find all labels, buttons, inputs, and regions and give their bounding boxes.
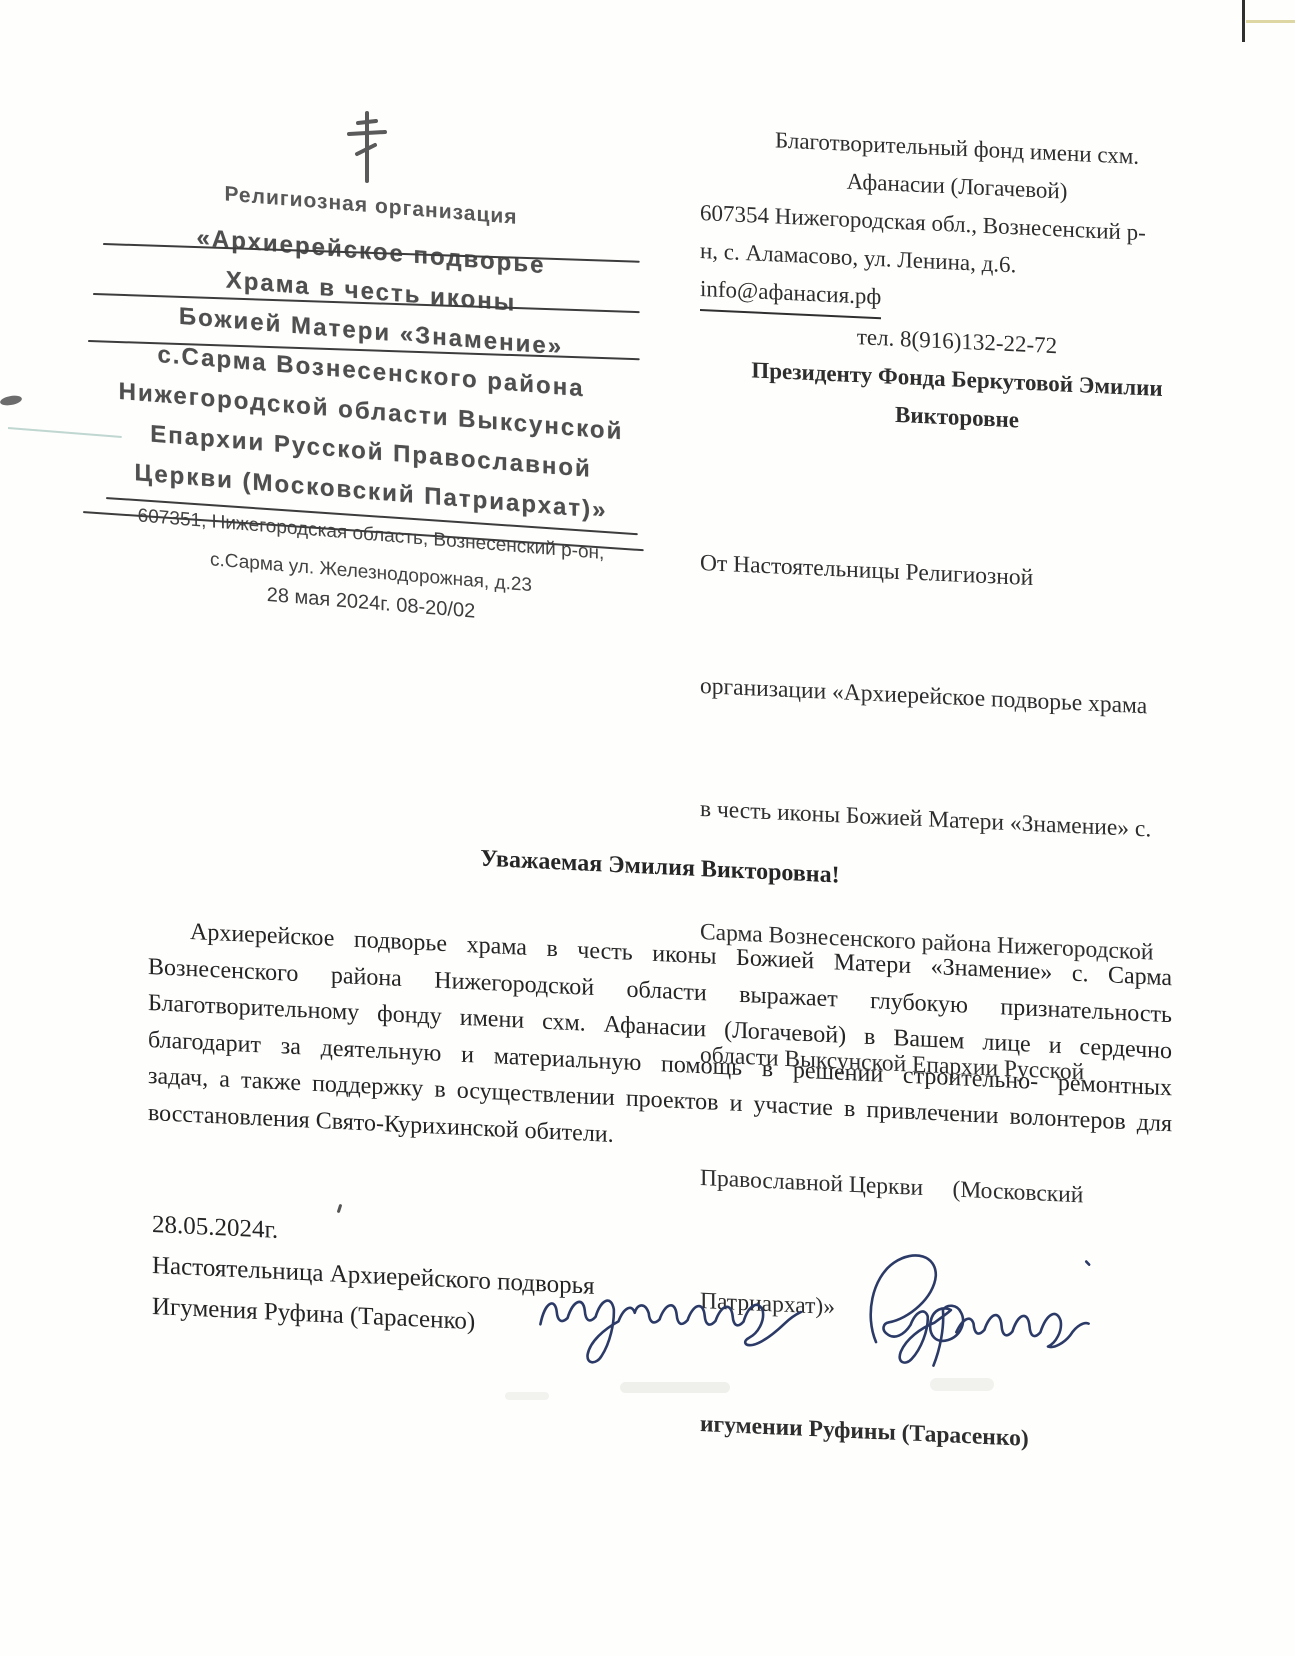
sender-line: От Настоятельницы Религиозной bbox=[700, 543, 1214, 607]
sender-line: в честь иконы Божией Матери «Знамение» с… bbox=[700, 789, 1214, 853]
signature-word-rufina-end bbox=[956, 1311, 1089, 1348]
scan-artifact-noise bbox=[505, 1392, 549, 1400]
orthodox-cross-icon bbox=[343, 110, 391, 184]
sender-line: организации «Архиерейское подворье храма bbox=[700, 666, 1214, 730]
scan-artifact-edge-smudge bbox=[0, 394, 23, 407]
signature-word-rufina bbox=[869, 1254, 964, 1366]
signature-ink-dot bbox=[1086, 1262, 1089, 1265]
scan-artifact-vertical-line bbox=[1242, 0, 1245, 42]
scan-artifact-yellow-line bbox=[1246, 20, 1295, 23]
scanned-letter-page: Религиозная организация «Архиерейское по… bbox=[0, 0, 1295, 1656]
sender-name: игумении Руфины (Тарасенко) bbox=[700, 1404, 1214, 1468]
letter-body: Архиерейское подворье храма в честь икон… bbox=[148, 912, 1172, 1179]
letterhead-left: Религиозная организация «Архиерейское по… bbox=[95, 172, 647, 637]
signature-handwriting bbox=[523, 1227, 1146, 1383]
email-link: info@афанасия.рф bbox=[700, 270, 881, 319]
signature-word-igumeniya bbox=[539, 1299, 801, 1368]
